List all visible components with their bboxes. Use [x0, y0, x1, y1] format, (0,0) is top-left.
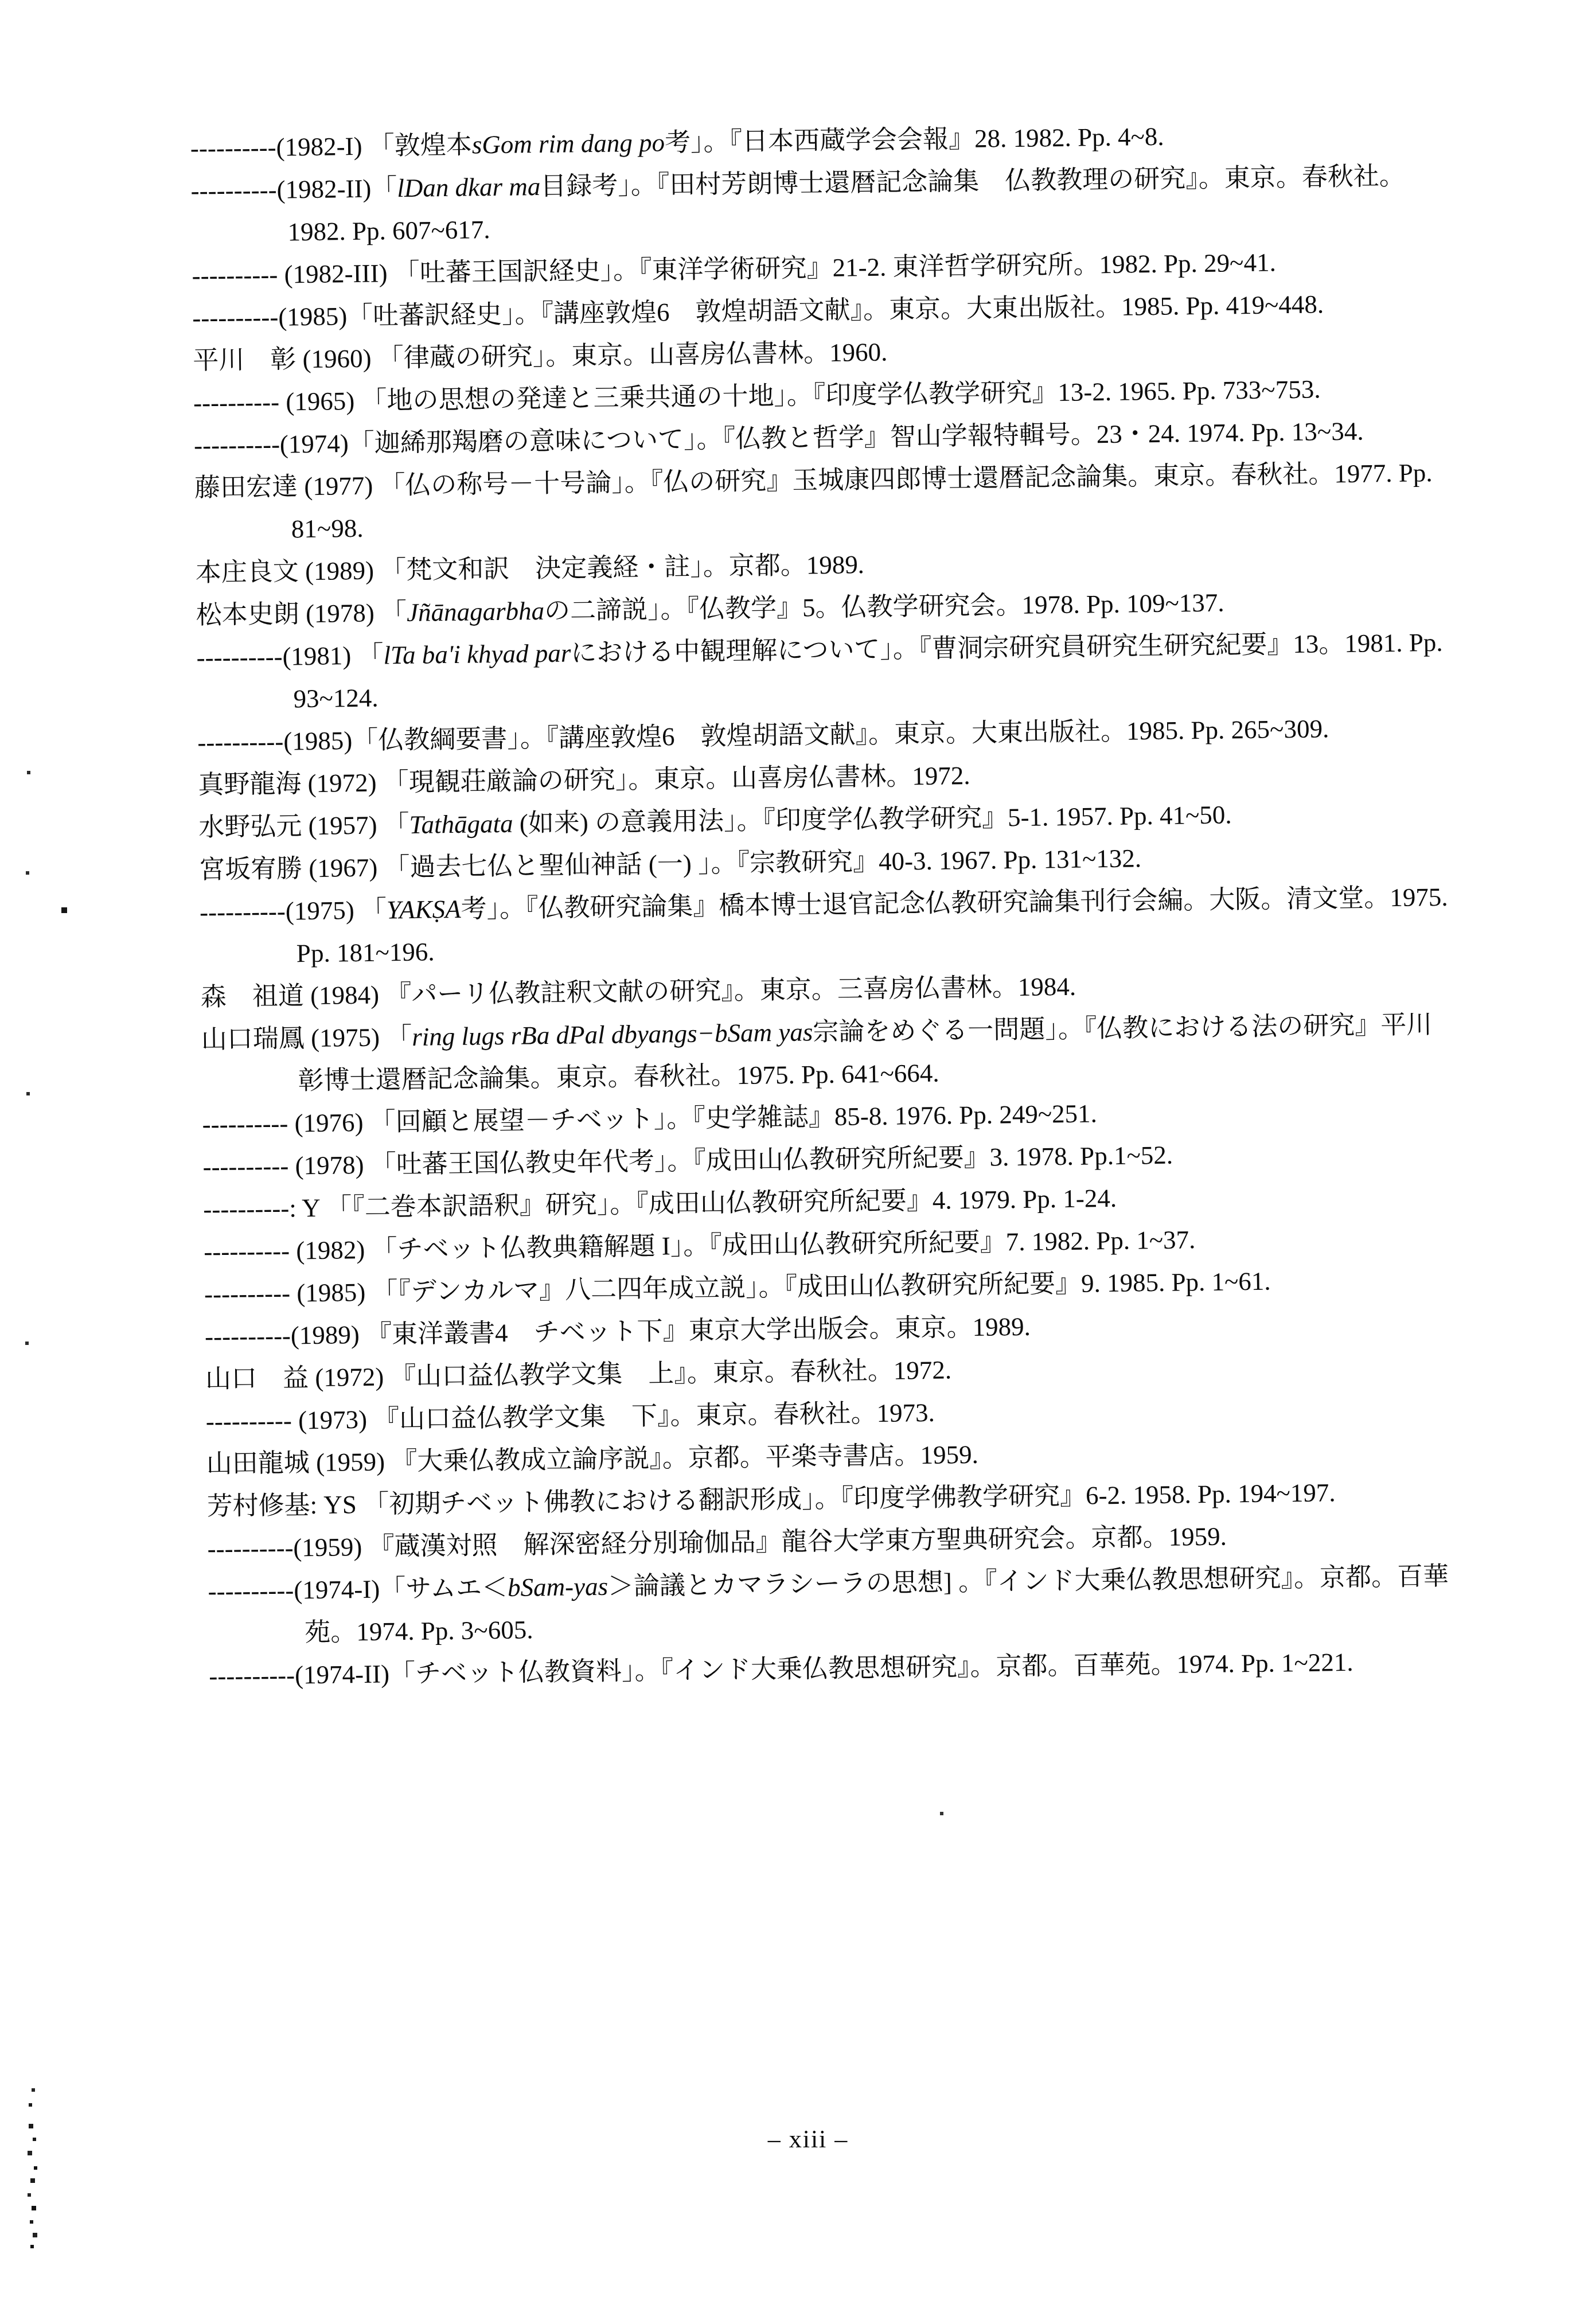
bibliography-entry: ----------(1982-II)「lDan dkar ma目録考」。『田村…: [190, 154, 1448, 255]
entry-text: (如来) の意義用法」。『印度学仏教学研究』5-1. 1957. Pp. 41~…: [513, 800, 1232, 837]
entry-text: ----------(1982-II)「: [190, 174, 397, 205]
entry-text: ----------(1982-I) 「敦煌本: [190, 131, 472, 163]
entry-text: ----------(1974)「迦絺那羯磨の意味について」。『仏教と哲学』智山…: [194, 417, 1364, 460]
entry-text: 考」。『仏教研究論集』橋本博士退官記念仏教研究論集刊行会編。大阪。清文堂。197…: [297, 883, 1448, 968]
entry-latin-italic-text: lTa ba'i khyad par: [383, 638, 571, 669]
entry-text: ----------(1989) 『東洋叢書4 チベット下』東京大学出版会。東京…: [205, 1312, 1031, 1351]
entry-text: の二諦説」。『仏教学』5。仏教学研究会。1978. Pp. 109~137.: [544, 588, 1224, 625]
bibliography-entry: 山口瑞鳳 (1975) 「ring lugs rBa dPal dbyangs−…: [201, 1003, 1458, 1103]
bibliography-list: ----------(1982-I) 「敦煌本sGom rim dang po考…: [190, 112, 1465, 1698]
entry-latin-italic-text: sGom rim dang po: [471, 128, 665, 159]
entry-text: 本庄良文 (1989) 「梵文和訳 決定義経・註」。京都。1989.: [196, 550, 865, 587]
entry-text: 芳村修基: YS 「初期チベット佛教における翻訳形成」。『印度学佛教学研究』6-…: [206, 1478, 1336, 1520]
bibliography-entry: ----------(1974-I)「サムエ＜bSam-yas＞論議とカマラシー…: [208, 1555, 1465, 1655]
entry-text: ---------- (1965) 「地の思想の発達と三乗共通の十地」。『印度学…: [193, 375, 1321, 417]
bibliography-entry: ----------(1975) 「YAKṢA考」。『仏教研究論集』橋本博士退官…: [200, 876, 1457, 976]
entry-latin-italic-text: bSam-yas: [508, 1572, 608, 1602]
document-page: ----------(1982-I) 「敦煌本sGom rim dang po考…: [0, 0, 1576, 2324]
entry-text: ----------(1985)「吐蕃訳経史」。『講座敦煌6 敦煌胡語文献』。東…: [192, 290, 1324, 332]
entry-latin-italic-text: Tathāgata: [409, 809, 513, 839]
entry-text: 山口瑞鳳 (1975) 「: [201, 1023, 412, 1054]
bibliography-entry: ----------(1981) 「lTa ba'i khyad parにおける…: [196, 621, 1453, 722]
entry-text: ---------- (1982) 「チベット仏教典籍解題 I」。『成田山仏教研…: [204, 1225, 1196, 1266]
entry-text: ---------- (1976) 「回顧と展望－チベット」。『史学雑誌』85-…: [202, 1099, 1097, 1138]
entry-latin-italic-text: Jñānagarbha: [407, 596, 545, 627]
entry-text: ---------- (1982-III) 「吐蕃王国訳経史」。『東洋学術研究』…: [192, 248, 1276, 290]
entry-text: 真野龍海 (1972) 「現観荘厳論の研究」。東京。山喜房仏書林。1972.: [198, 761, 970, 799]
entry-latin-italic-text: lDan dkar ma: [397, 172, 541, 202]
entry-text: 森 祖道 (1984) 『パーリ仏教註釈文献の研究』。東京。三喜房仏書林。198…: [201, 972, 1076, 1012]
scan-noise-specks: [0, 0, 2, 2]
entry-latin-italic-text: YAKṢA: [387, 895, 461, 925]
entry-text: ----------: Y 「『二巻本訳語釈』研究」。『成田山仏教研究所紀要』4…: [203, 1184, 1117, 1223]
entry-text: ----------(1974-I)「サムエ＜: [208, 1573, 508, 1605]
entry-text: 宮坂宥勝 (1967) 「過去七仏と聖仙神話 (一) 」。『宗教研究』40-3.…: [199, 844, 1142, 884]
entry-text: 藤田宏達 (1977) 「仏の称号－十号論」。『仏の研究』玉城康四郎博士還暦記念…: [194, 458, 1433, 543]
entry-text: ----------(1985)「仏教綱要書」。『講座敦煌6 敦煌胡語文献』。東…: [197, 714, 1329, 757]
entry-text: 考」。『日本西蔵学会会報』28. 1982. Pp. 4~8.: [665, 122, 1164, 157]
page-number: – xiii –: [0, 2122, 1576, 2157]
entry-text: 山田龍城 (1959) 『大乗仏教成立論序説』。京都。平楽寺書店。1959.: [206, 1440, 978, 1478]
entry-text: ----------(1959) 『蔵漢対照 解深密経分別瑜伽品』龍谷大学東方聖…: [207, 1522, 1227, 1563]
scanned-bibliography-page: { "page": { "page_number": "– xiii –" },…: [0, 0, 1576, 2324]
bibliography-entry: 藤田宏達 (1977) 「仏の称号－十号論」。『仏の研究』玉城康四郎博士還暦記念…: [194, 451, 1452, 552]
entry-text: 松本史朗 (1978) 「: [196, 598, 407, 629]
entry-text: 山口 益 (1972) 『山口益仏教学文集 上』。東京。春秋社。1972.: [205, 1355, 952, 1393]
entry-text: ---------- (1978) 「吐蕃王国仏教史年代考」。『成田山仏教研究所…: [202, 1141, 1173, 1182]
entry-text: ----------(1974-II)「チベット仏教資料」。『インド大乗仏教思想…: [209, 1648, 1353, 1690]
entry-text: ----------(1975) 「: [200, 895, 387, 926]
entry-text: ---------- (1985) 「『デンカルマ』八二四年成立説」。『成田山仏…: [204, 1267, 1271, 1309]
entry-text: ----------(1981) 「: [196, 641, 384, 672]
entry-latin-italic-text: ring lugs rBa dPal dbyangs−bSam yas: [412, 1017, 813, 1051]
entry-text: ---------- (1973) 『山口益仏教学文集 下』。東京。春秋社。19…: [206, 1398, 935, 1436]
entry-text: 平川 彰 (1960) 「律蔵の研究」。東京。山喜房仏書林。1960.: [193, 338, 888, 375]
entry-text: 水野弘元 (1957) 「: [198, 810, 409, 841]
